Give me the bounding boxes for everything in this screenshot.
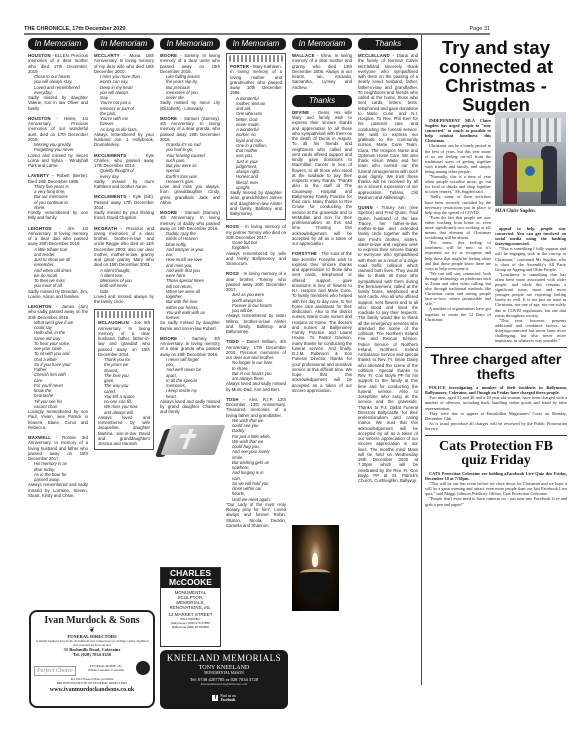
notice-entry: LEIGHTON - Jim. 1st Anniversary. In lovi… <box>28 226 88 300</box>
notice-entry: FORSYTHE - The sons of the late Jennifer… <box>292 251 352 393</box>
perfect-choice-badge: Perfect Choice <box>34 666 76 676</box>
notice-entry: MOORE - Samuel (Sammy). 4th Anniversary.… <box>160 116 220 205</box>
fb-line2: Facebook <box>221 698 236 702</box>
notice-text: - Tracey Ann (nee Spence) and Fred Quinn… <box>358 205 418 483</box>
notice-entry: MCCLARTY - Mona. 10th Anniversary. In lo… <box>94 53 154 148</box>
story-body-thefts: POLICE investigating a number of theft i… <box>425 385 567 431</box>
story-body-sugden-left: INDEPENDENT MLA Claire Sugden has urged … <box>425 118 491 343</box>
photo-caption: MLA Claire Sugden. <box>495 209 536 214</box>
notice-name: FORSYTHE <box>292 251 317 256</box>
section-banner-thanks: Thanks <box>292 95 352 107</box>
notice-signoff: Always remembered by your husband Joe. 1… <box>94 132 154 148</box>
notice-signoff: Fondly remembered by son Billy and famil… <box>28 210 88 221</box>
notice-entry: MAXWELL - Ronnie. 3rd Anniversary. In me… <box>28 435 88 498</box>
notice-signoff: "Our Lady of the most Holy Rosary pray f… <box>226 502 286 528</box>
notice-signoff: Always remembered by sister Wilma, broth… <box>226 313 286 334</box>
notice-name: MOORE <box>160 116 177 121</box>
notice-name: MCLAUGHLIN <box>98 320 129 325</box>
notice-name: TODD <box>226 339 239 344</box>
notice-text: - Precious and loving memories of a dear… <box>94 226 154 268</box>
notice-entry: MOORE - Sammy, 4th Anniversary. In lovin… <box>160 336 220 415</box>
story-paragraph: "Loneliness is something that has often … <box>495 272 566 318</box>
section-banner-memoriam: In Memoriam <box>28 38 88 50</box>
story-headline-cats: Cats Protection FB quiz Friday <box>425 440 567 468</box>
ad-ivan-murdock: Ivan Murdock & Sons ❦ FUNERAL DIRECTORS … <box>29 610 155 708</box>
notice-entry: MOORE - Samuel (Sammy) 4th Anniversary. … <box>160 210 220 331</box>
notice-name: MAXWELL <box>28 435 51 440</box>
notice-signoff: Always loved and remembered by wife Jacq… <box>98 415 150 447</box>
notice-entry: MOORE - Sammy. In loving memory of a dea… <box>160 53 220 111</box>
notice-entry: MCCLEMENTS - Kyle Charles, who passed aw… <box>94 153 154 190</box>
story-paragraph: "Even the fact that people are now eithe… <box>425 215 491 240</box>
notice-signoff: Sadly missed by mum Kathleen and brother… <box>94 179 154 190</box>
story-paragraph: "Sadly, many of these activities have be… <box>425 194 491 214</box>
notice-signoff: Sadly missed by Brendan, Jim, Louise, Al… <box>28 289 88 300</box>
ad-tagline: A family business free from all multinat… <box>34 639 150 647</box>
notice-name: HOUSTON <box>28 53 51 58</box>
divider <box>425 347 567 348</box>
page-header: THE CHRONICLE, 17th December 2020 Page 3… <box>24 23 490 35</box>
notice-signoff: Always loved and sadly missed by grand d… <box>160 399 220 415</box>
section-banner-memoriam: In Memoriam <box>226 38 286 50</box>
section-banner-thanks: Thanks <box>358 38 418 50</box>
notice-name: MCCLELLAND <box>358 53 390 58</box>
story-paragraph: Two men, aged 31 and 38 and a 49 year ol… <box>425 395 567 410</box>
news-column: Try and stay connected at Christmas - Su… <box>425 38 567 507</box>
column-divider <box>421 35 422 685</box>
column-memoriam-3: In Memoriam MOORE - Sammy. In loving mem… <box>160 38 220 465</box>
notice-name: MOORE <box>160 336 177 341</box>
divider <box>425 435 567 436</box>
facebook-icon: f <box>212 695 218 701</box>
ad-role: MONUMENTAL MASON <box>160 671 288 675</box>
story-headline-sugden: Try and stay connected at Christmas - Su… <box>425 38 567 114</box>
ad-title-line2: McCOOKE <box>161 578 220 587</box>
ornament-icon: ❦ <box>34 626 150 634</box>
story-paragraph: "We can still stay connected, both throu… <box>425 271 491 307</box>
notice-signoff: Sadly missed by daughter Jean, grandchil… <box>230 190 282 216</box>
notice-signoff: Lovingly remembered by son Paul, Vivien,… <box>28 409 88 430</box>
story-headline-thefts: Three charged after thefts <box>425 352 567 382</box>
ad-phone: Ballymena (028) 25 663800 <box>162 625 219 629</box>
notice-signoff: Loved and missed by nieces Lorna and Syl… <box>28 153 88 169</box>
notice-signoff: Sadly missed by niece Lily (Elizabeth) -… <box>160 100 220 111</box>
story-paragraph: "For some, this feeling of loneliness wi… <box>425 240 491 271</box>
publication-dateline: THE CHRONICLE, 17th December 2020 <box>24 26 125 32</box>
story-paragraph: appeal to help people stay connected. Yo… <box>495 226 566 246</box>
notice-name: MCGRATH <box>94 226 117 231</box>
ad-phone: Tel. (028) 7034 3350 <box>34 652 150 657</box>
notice-entry: LAVERTY - Robert (Bertie). Died 18th Dec… <box>28 173 88 220</box>
notice-name: MOORE <box>160 210 177 215</box>
story-paragraph: "This is something I fully support and w… <box>495 246 566 271</box>
column-thanks: Thanks MCCLELLAND - Diana and the family… <box>358 38 418 488</box>
notice-entry: MCCLELLAND - Diana and the family of Nor… <box>358 53 418 200</box>
notice-name: LEIGHTON <box>28 226 52 231</box>
notice-text: - Mary Kathleen. In loving memory of a l… <box>230 64 282 95</box>
notice-name: MCCLEMENTS <box>94 194 126 199</box>
notice-signoff: So sadly missed by daughter Bernie and s… <box>160 320 220 331</box>
notice-name: HOUSTON <box>28 116 51 121</box>
column-memoriam-2: In Memoriam MCCLARTY - Mona. 10th Annive… <box>94 38 154 454</box>
ad-line: RENOVATIONS, etc. <box>162 605 219 610</box>
ad-funeral-home: FUNERAL HOME - 8a Windsor Avenue, Colera… <box>86 664 126 672</box>
notice-entry: HOUSTON - ELLEN. Precious memories of a … <box>28 53 88 111</box>
notice-text: - The sons of the late Jennifer Forsythe… <box>292 251 352 393</box>
story-paragraph: Christmas can be a lonely period in the … <box>425 143 491 174</box>
notice-text: - Denis. His wife Mary and family wish t… <box>292 110 352 246</box>
notice-text: - Joe. 6th Anniversary. In loving memory… <box>98 320 150 357</box>
notice-entry: PORTER - Mary Kathleen. In loving memory… <box>226 53 286 220</box>
story-paragraph: "Normally, this is a time of year when p… <box>425 174 491 194</box>
notice-text: - Elma. In loving memory of a dear mothe… <box>292 53 352 90</box>
notice-signoff: Always loved and sadly missed by Mum, Da… <box>226 381 286 392</box>
section-banner-memoriam: In Memoriam <box>292 38 352 50</box>
verse-line: Loved and remembered <box>28 85 88 90</box>
column-memoriam-4: In Memoriam PORTER - Mary Kathleen. In l… <box>226 38 286 533</box>
notice-signoff: Always remembered and sadly missed by Lo… <box>28 482 88 498</box>
ad-title: Ivan Murdock & Sons <box>34 615 150 626</box>
notice-name: MOORE <box>160 53 177 58</box>
story-paragraph: A number of organisations have got toget… <box>425 306 491 321</box>
story-paragraph: "People don't even need to have cameras … <box>425 496 567 506</box>
notice-name: LEIGHTON <box>28 304 52 309</box>
notice-signoff: Always remembered by wife and family Bal… <box>226 251 286 267</box>
notice-entry: TODD - Daniel William, 4th Anniversary, … <box>226 339 286 392</box>
notice-entry: MCLAUGHLIN - Joe. 6th Anniversary. In lo… <box>94 309 154 450</box>
notice-name: MCCLEMENTS <box>94 153 126 158</box>
candle-photo <box>292 525 339 611</box>
ad-title: Kneeland Memorials <box>160 653 288 663</box>
bible-illustration <box>160 421 222 459</box>
crest-icon <box>136 661 150 675</box>
facebook-link[interactable]: fFind us onFacebook <box>212 694 235 702</box>
notice-name: PORTER <box>230 64 249 69</box>
story-body-sugden-right: appeal to help people stay connected. Yo… <box>495 226 566 343</box>
ad-charles-mccooke: CHARLESMcCOOKE MONUMENTAL SCULPTOR, MEMO… <box>160 567 221 647</box>
notice-name: DEVINE <box>292 110 309 115</box>
photo-claire-sugden <box>495 112 566 206</box>
ad-institute: BRITISH INSTITUTE OF FUNERAL DIRECTORS <box>34 681 150 685</box>
story-paragraph: POLICE investigating a number of theft i… <box>425 385 567 395</box>
ad-email-link[interactable]: kneelandmemorials@btinternet.com <box>160 682 288 686</box>
column-memoriam-thanks: In Memoriam WALLACE - Elma. In loving me… <box>292 38 352 398</box>
notice-entry: HOUSTON - Helen, 1st Anniversary. Precio… <box>28 116 88 169</box>
notice-entry: QUINN - Tracey Ann (nee Spence) and Fred… <box>358 205 418 483</box>
column-memoriam-1: In Memoriam HOUSTON - ELLEN. Precious me… <box>28 38 88 503</box>
notice-signoff: Sadly missed by daughter Valerie, son in… <box>28 95 88 111</box>
page-number: Page 31 <box>470 26 491 32</box>
story-body-cats: CATS Protection Coleraine are holding aF… <box>425 471 567 507</box>
notice-signoff: Loved and missed always by the family ci… <box>94 294 154 305</box>
story-paragraph: "This year, however, presents additional… <box>495 318 566 343</box>
ad-kneeland-memorials: Kneeland Memorials TONY KNEELAND MONUMEN… <box>160 650 288 709</box>
notice-entry: MCGRATH - Precious and loving memories o… <box>94 226 154 305</box>
notice-text: - Diana and the family of Norman Calvin … <box>358 53 418 200</box>
notice-entry: ROSS - In loving memory of my partner To… <box>226 224 286 266</box>
notice-name: LAVERTY <box>28 173 49 178</box>
story-paragraph: "This will be our last event before we c… <box>425 481 567 496</box>
notice-entry: TOSH - Alex. R.I.P. 12th December, 13th … <box>226 397 286 528</box>
notice-entry: DEVINE - Denis. His wife Mary and family… <box>292 110 352 247</box>
notice-name: ROSS <box>226 271 239 276</box>
notice-entry: LEIGHTON - James (Jim) who sadly passed … <box>28 304 88 430</box>
ad-website-link[interactable]: www.ivanmurdockandsons.co.uk <box>34 687 150 693</box>
notice-name: QUINN <box>358 205 373 210</box>
notice-name: MCCLARTY <box>94 53 120 58</box>
notice-entry: MCCLEMENTS - Kyle (Sib). Passed away 17t… <box>94 194 154 220</box>
story-paragraph: As is usual procedure all charges will b… <box>425 421 567 431</box>
notice-signoff: Sadly missed by your lifelong friend, Da… <box>94 210 154 221</box>
notice-signoff: Love and miss you always, from granddaug… <box>160 184 220 205</box>
notice-name: TOSH <box>226 397 239 402</box>
story-paragraph: CATS Protection Coleraine are holding aF… <box>425 471 567 481</box>
story-paragraph: INDEPENDENT MLA Claire Sugden has urged … <box>425 118 491 143</box>
notice-name: WALLACE <box>292 53 315 58</box>
notice-entry: WALLACE - Elma. In loving memory of a de… <box>292 53 352 90</box>
section-banner-memoriam: In Memoriam <box>94 38 154 50</box>
section-banner-memoriam: In Memoriam <box>160 38 220 50</box>
notice-entry: ROSS - In loving memory of a dear brothe… <box>226 271 286 334</box>
notice-name: ROSS <box>226 224 239 229</box>
story-paragraph: They were due to appear at Enniskillen M… <box>425 411 567 421</box>
